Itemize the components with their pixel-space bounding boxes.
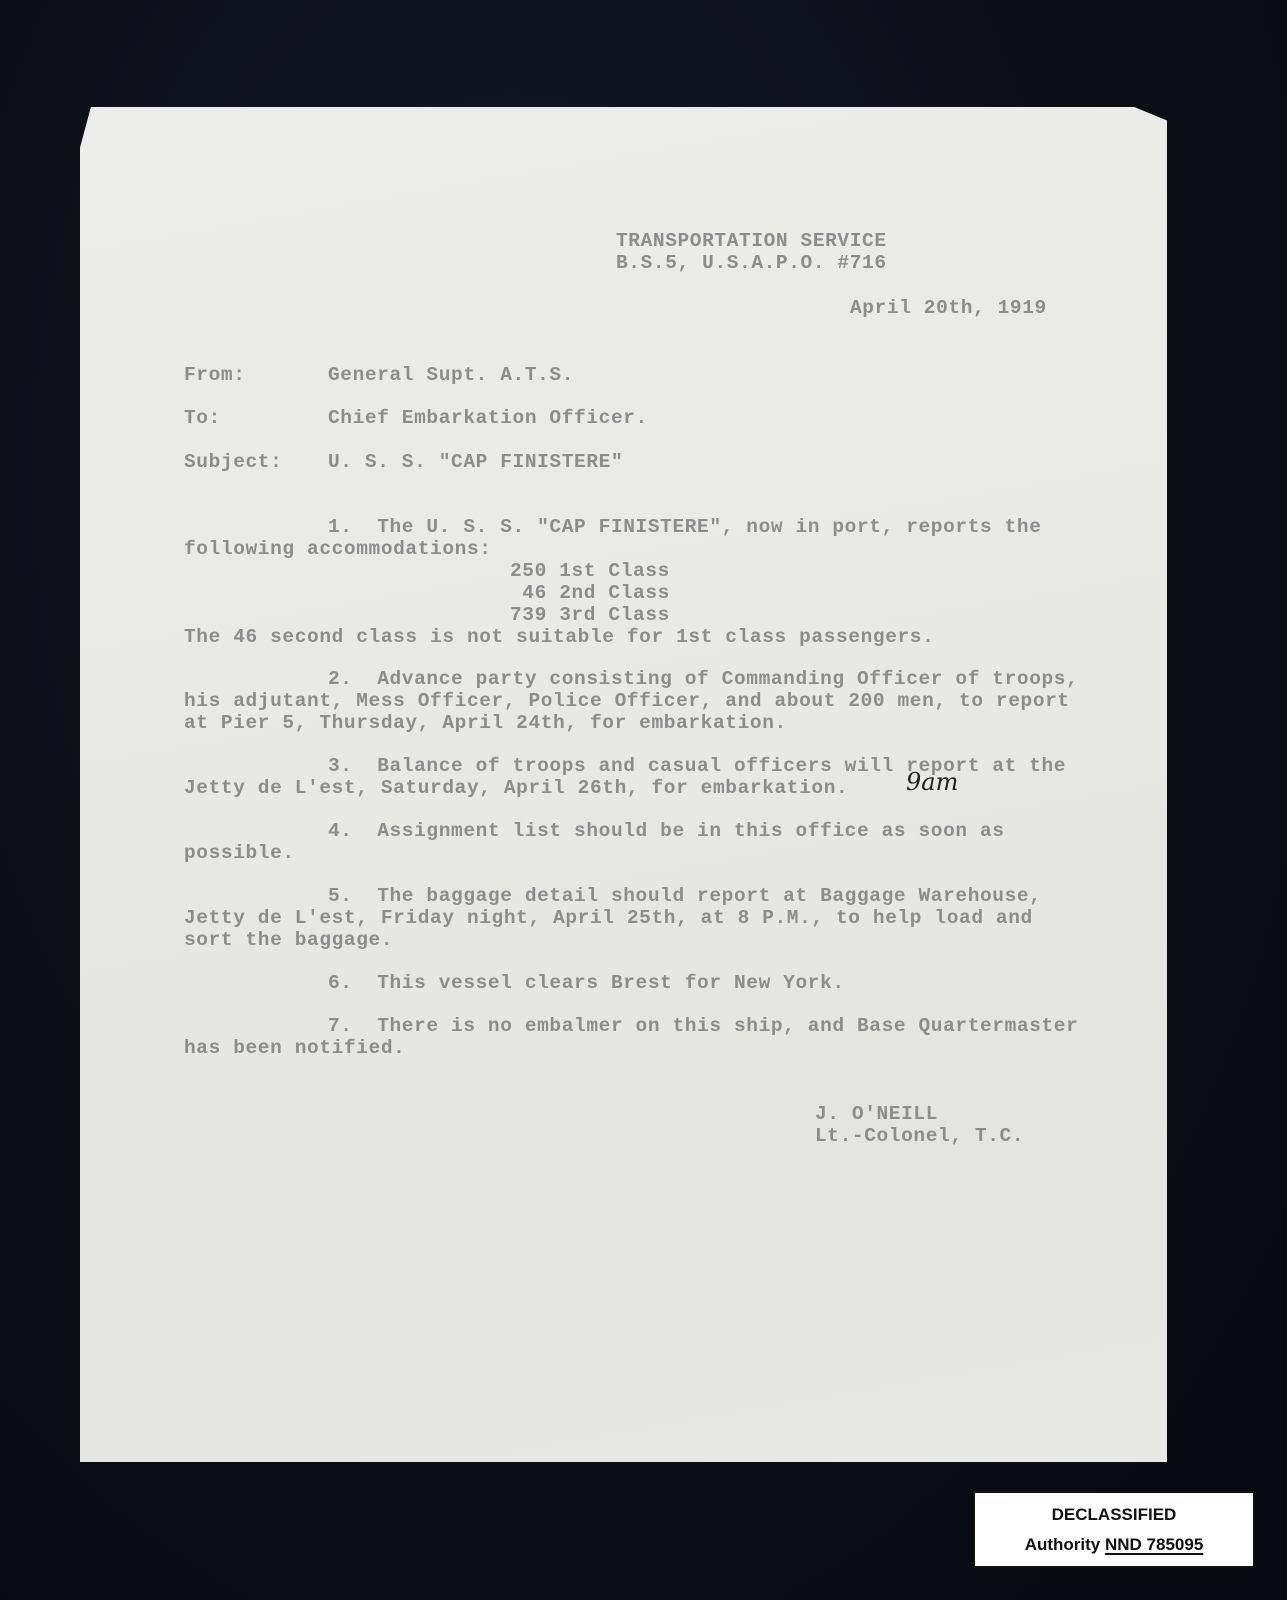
paragraph-7-line-1: 7. There is no embalmer on this ship, an… (328, 1015, 1078, 1037)
paragraph-4-line-2: possible. (184, 842, 295, 864)
from-value: General Supt. A.T.S. (328, 364, 574, 386)
paragraph-2-line-2: his adjutant, Mess Officer, Police Offic… (184, 690, 1070, 712)
to-value: Chief Embarkation Officer. (328, 407, 648, 429)
accommodation-3rd-class: 739 3rd Class (510, 604, 670, 626)
paragraph-5-line-3: sort the baggage. (184, 929, 393, 951)
paragraph-7-line-2: has been notified. (184, 1037, 405, 1059)
document-date: April 20th, 1919 (850, 297, 1047, 319)
signature-title: Lt.-Colonel, T.C. (815, 1125, 1024, 1147)
declassified-stamp: DECLASSIFIED Authority NND 785095 (973, 1491, 1255, 1568)
to-label: To: (184, 407, 221, 429)
paragraph-1-line-3: The 46 second class is not suitable for … (184, 626, 934, 648)
accommodation-1st-class: 250 1st Class (510, 560, 670, 582)
authority-value: NND 785095 (1105, 1535, 1203, 1554)
letterhead-line2: B.S.5, U.S.A.P.O. #716 (616, 252, 887, 274)
accommodation-2nd-class: 46 2nd Class (510, 582, 670, 604)
paragraph-1-line-2: following accommodations: (184, 538, 492, 560)
paragraph-4-line-1: 4. Assignment list should be in this off… (328, 820, 1005, 842)
handwritten-time-note: 9am (906, 768, 958, 796)
paragraph-1-line-1: 1. The U. S. S. "CAP FINISTERE", now in … (328, 516, 1042, 538)
declassified-label: DECLASSIFIED (975, 1505, 1253, 1525)
paragraph-2-line-1: 2. Advance party consisting of Commandin… (328, 668, 1078, 690)
letterhead-line1: TRANSPORTATION SERVICE (616, 230, 887, 252)
paragraph-2-line-3: at Pier 5, Thursday, April 24th, for emb… (184, 712, 787, 734)
paragraph-6-line-1: 6. This vessel clears Brest for New York… (328, 972, 845, 994)
paragraph-5-line-2: Jetty de L'est, Friday night, April 25th… (184, 907, 1033, 929)
authority-label: Authority (1025, 1535, 1101, 1554)
authority-line: Authority NND 785095 (975, 1535, 1253, 1555)
subject-value: U. S. S. "CAP FINISTERE" (328, 451, 623, 473)
paragraph-5-line-1: 5. The baggage detail should report at B… (328, 885, 1042, 907)
paragraph-3-line-2: Jetty de L'est, Saturday, April 26th, fo… (184, 777, 848, 799)
subject-label: Subject: (184, 451, 282, 473)
from-label: From: (184, 364, 246, 386)
signature-name: J. O'NEILL (815, 1103, 938, 1125)
